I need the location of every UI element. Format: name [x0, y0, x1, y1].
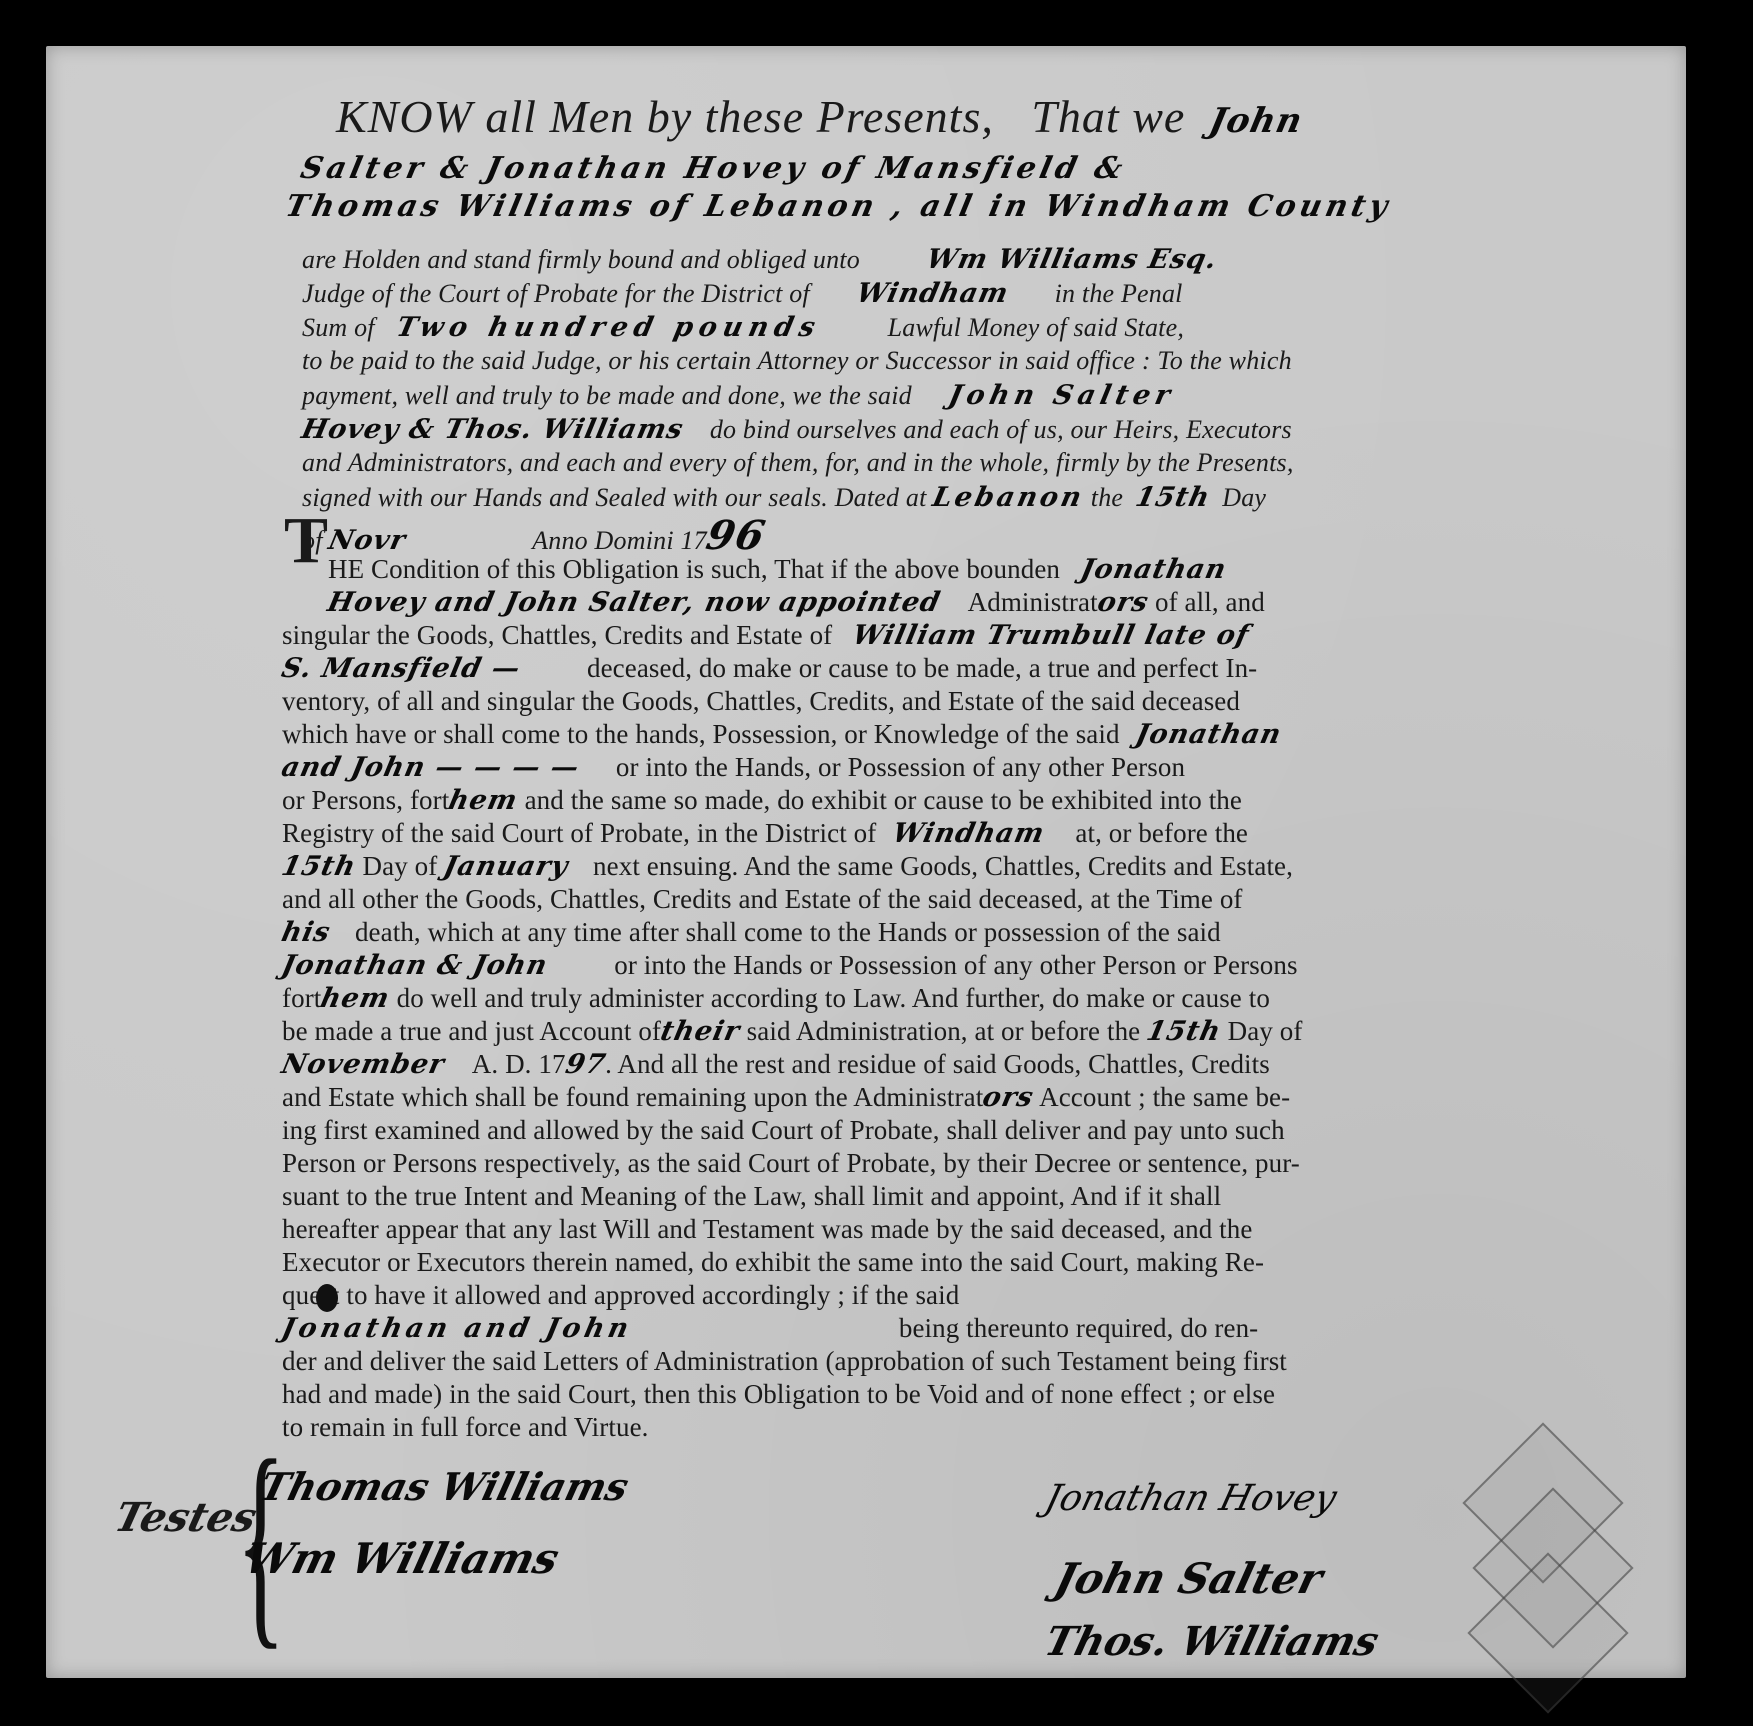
printed-text: of all, and — [1148, 587, 1265, 617]
printed-text: at, or before the — [1075, 818, 1248, 848]
handwritten-text: Jonathan — [1078, 556, 1229, 583]
condition-line: Jonathan and John being thereunto requir… — [282, 1315, 1258, 1342]
handwritten-text: Jonathan — [1134, 721, 1285, 748]
printed-text: Registry of the said Court of Probate, i… — [282, 818, 876, 848]
printed-text: the — [1091, 483, 1123, 512]
handwritten-text: January — [441, 853, 571, 880]
condition-line: Registry of the said Court of Probate, i… — [282, 820, 1248, 847]
handwritten-text: Jonathan and John — [279, 1315, 635, 1342]
printed-text: deceased, do make or cause to be made, a… — [587, 653, 1257, 683]
printed-text: ing first examined and allowed by the sa… — [282, 1115, 1285, 1145]
handwritten-text: his — [279, 919, 333, 946]
printed-text: payment, well and truly to be made and d… — [302, 381, 912, 410]
condition-line: Person or Persons respectively, as the s… — [282, 1150, 1300, 1177]
document-title: KNOW all Men by these Presents, That we … — [336, 94, 1303, 140]
handwritten-day: 15th — [1133, 484, 1212, 511]
printed-text: and Administrators, and each and every o… — [302, 448, 1294, 477]
handwritten-text: Windham — [890, 820, 1047, 847]
handwritten-text: ors — [1095, 589, 1151, 616]
printed-text: Judge of the Court of Probate for the Di… — [302, 279, 810, 308]
handwritten-text: ors — [980, 1084, 1036, 1111]
parties-line-2: Thomas Williams of Lebanon , all in Wind… — [286, 192, 1391, 222]
printed-text: Anno Domini 17 — [532, 526, 707, 555]
condition-line: be made a true and just Account oftheir … — [282, 1018, 1303, 1045]
signature-john-salter: John Salter — [1050, 1554, 1328, 1603]
printed-text: hereafter appear that any last Will and … — [282, 1214, 1252, 1244]
printed-text: Sum of — [302, 313, 375, 342]
drop-cap: T — [284, 508, 328, 574]
printed-text: and the same so made, do exhibit or caus… — [518, 785, 1242, 815]
condition-line: quest to have it allowed and approved ac… — [282, 1282, 959, 1309]
condition-line: forthem do well and truly administer acc… — [282, 985, 1270, 1012]
printed-text: HE Condition of this Obligation is such,… — [328, 554, 1060, 584]
condition-line: singular the Goods, Chattles, Credits an… — [282, 622, 1249, 649]
handwritten-text: hem — [319, 985, 393, 1012]
condition-line: Jonathan & John or into the Hands or Pos… — [282, 952, 1298, 979]
condition-line: Hovey and John Salter, now appointed Adm… — [328, 589, 1265, 616]
condition-line: HE Condition of this Obligation is such,… — [328, 556, 1226, 583]
printed-text: being thereunto required, do ren- — [899, 1313, 1258, 1343]
printed-text: in the Penal — [1055, 279, 1183, 308]
handwritten-text: hem — [446, 787, 520, 814]
handwritten-names: Hovey & Thos. Williams — [299, 416, 686, 443]
parties-line-1: Salter & Jonathan Hovey of Mansfield & — [301, 154, 1126, 184]
title-printed: KNOW all Men by these Presents, — [336, 91, 994, 142]
condition-line: his death, which at any time after shall… — [282, 919, 1221, 946]
signature-thos-williams: Thos. Williams — [1040, 1618, 1383, 1665]
condition-line: der and deliver the said Letters of Admi… — [282, 1348, 1287, 1375]
obligation-line-7: and Administrators, and each and every o… — [302, 450, 1294, 476]
handwritten-name: John Salter — [946, 382, 1177, 409]
handwritten-sum: Two hundred pounds — [395, 314, 824, 341]
printed-text: death, which at any time after shall com… — [355, 917, 1221, 947]
handwritten-text: November — [279, 1051, 447, 1078]
printed-text: Day of — [363, 851, 438, 881]
handwritten-text: 15th — [279, 853, 358, 880]
handwritten-judge: Wm Williams Esq. — [924, 246, 1220, 273]
handwritten-text: 15th — [1144, 1018, 1223, 1045]
printed-text: said Administration, at or before the — [740, 1016, 1140, 1046]
handwritten-text: and John — — — — — [279, 754, 582, 781]
printed-text: be made a true and just Account of — [282, 1016, 661, 1046]
condition-line: had and made) in the said Court, then th… — [282, 1381, 1275, 1408]
printed-text: to remain in full force and Virtue. — [282, 1412, 649, 1442]
obligation-line-5: payment, well and truly to be made and d… — [302, 382, 1174, 409]
condition-line: S. Mansfield — deceased, do make or caus… — [282, 655, 1257, 682]
condition-line: which have or shall come to the hands, P… — [282, 721, 1282, 748]
printed-text: . And all the rest and residue of said G… — [605, 1049, 1270, 1079]
printed-text: next ensuing. And the same Goods, Chattl… — [593, 851, 1293, 881]
condition-line: Executor or Executors therein named, do … — [282, 1249, 1264, 1276]
title-that-we: That we — [1031, 91, 1185, 142]
witness-signature: Thomas Williams — [255, 1464, 633, 1509]
printed-text: Executor or Executors therein named, do … — [282, 1247, 1264, 1277]
signature-jonathan-hovey: Jonathan Hovey — [1041, 1478, 1341, 1519]
handwritten-text: William Trumbull late of — [850, 622, 1251, 649]
printed-text: are Holden and stand firmly bound and ob… — [302, 245, 860, 274]
printed-text: suant to the true Intent and Meaning of … — [282, 1181, 1221, 1211]
condition-line: to remain in full force and Virtue. — [282, 1414, 649, 1441]
printed-text: or Persons, fort — [282, 785, 449, 815]
printed-text: had and made) in the said Court, then th… — [282, 1379, 1275, 1409]
condition-line: hereafter appear that any last Will and … — [282, 1216, 1252, 1243]
printed-text: Person or Persons respectively, as the s… — [282, 1148, 1300, 1178]
handwritten-text: Hovey and John Salter, now appointed — [325, 589, 943, 616]
printed-text: to be paid to the said Judge, or his cer… — [302, 346, 1292, 375]
handwritten-text: their — [658, 1018, 743, 1045]
condition-line: suant to the true Intent and Meaning of … — [282, 1183, 1221, 1210]
condition-line: and John — — — — or into the Hands, or P… — [282, 754, 1185, 781]
printed-text: or into the Hands or Possession of any o… — [614, 950, 1297, 980]
printed-text: and Estate which shall be found remainin… — [282, 1082, 983, 1112]
obligation-line-3: Sum of Two hundred pounds Lawful Money o… — [302, 314, 1184, 341]
printed-text: Day — [1222, 483, 1266, 512]
handwritten-place: Lebanon — [930, 484, 1087, 511]
printed-text: der and deliver the said Letters of Admi… — [282, 1346, 1287, 1376]
obligation-line-1: are Holden and stand firmly bound and ob… — [302, 246, 1217, 273]
printed-text: or into the Hands, or Possession of any … — [616, 752, 1185, 782]
printed-text: Day of — [1228, 1016, 1303, 1046]
handwritten-year: 96 — [703, 516, 769, 556]
printed-text: and all other the Goods, Chattles, Credi… — [282, 884, 1243, 914]
handwritten-text: Jonathan & John — [279, 952, 550, 979]
handwritten-text: S. Mansfield — — [279, 655, 523, 682]
condition-line: 15th Day of January next ensuing. And th… — [282, 853, 1293, 880]
printed-text: Lawful Money of said State, — [888, 313, 1184, 342]
printed-text: do bind ourselves and each of us, our He… — [710, 415, 1292, 444]
obligation-line-2: Judge of the Court of Probate for the Di… — [302, 280, 1183, 307]
condition-line: and all other the Goods, Chattles, Credi… — [282, 886, 1243, 913]
obligation-line-9: of Novr Anno Domini 1796 — [302, 516, 765, 556]
witness-signature: Wm Williams — [240, 1534, 564, 1583]
condition-line: November A. D. 1797. And all the rest an… — [282, 1051, 1270, 1078]
printed-text: singular the Goods, Chattles, Credits an… — [282, 620, 832, 650]
condition-line: and Estate which shall be found remainin… — [282, 1084, 1290, 1111]
printed-text: do well and truly administer according t… — [390, 983, 1270, 1013]
handwritten-month: Novr — [326, 527, 408, 554]
condition-line: ing first examined and allowed by the sa… — [282, 1117, 1285, 1144]
printed-text: ventory, of all and singular the Goods, … — [282, 686, 1240, 716]
obligation-line-8: signed with our Hands and Sealed with ou… — [302, 484, 1266, 511]
handwritten-parties: Thomas Williams of Lebanon , all in Wind… — [283, 192, 1394, 222]
handwritten-text: 97 — [563, 1051, 608, 1078]
obligation-line-6: Hovey & Thos. Williams do bind ourselves… — [302, 416, 1292, 443]
condition-line: ventory, of all and singular the Goods, … — [282, 688, 1240, 715]
ink-blot — [316, 1284, 338, 1312]
document-page: KNOW all Men by these Presents, That we … — [46, 46, 1686, 1678]
printed-text: A. D. 17 — [472, 1049, 566, 1079]
printed-text: quest to have it allowed and approved ac… — [282, 1280, 959, 1310]
printed-text: which have or shall come to the hands, P… — [282, 719, 1120, 749]
condition-line: or Persons, forthem and the same so made… — [282, 787, 1242, 814]
printed-text: Account ; the same be- — [1034, 1082, 1290, 1112]
printed-text: signed with our Hands and Sealed with ou… — [302, 483, 927, 512]
handwritten-parties: Salter & Jonathan Hovey of Mansfield & — [298, 154, 1129, 184]
obligation-line-4: to be paid to the said Judge, or his cer… — [302, 348, 1292, 374]
printed-text: Administrat — [968, 587, 1098, 617]
printed-text: fort — [282, 983, 321, 1013]
handwritten-district: Windham — [854, 280, 1011, 307]
handwritten-name: John — [1207, 104, 1306, 138]
